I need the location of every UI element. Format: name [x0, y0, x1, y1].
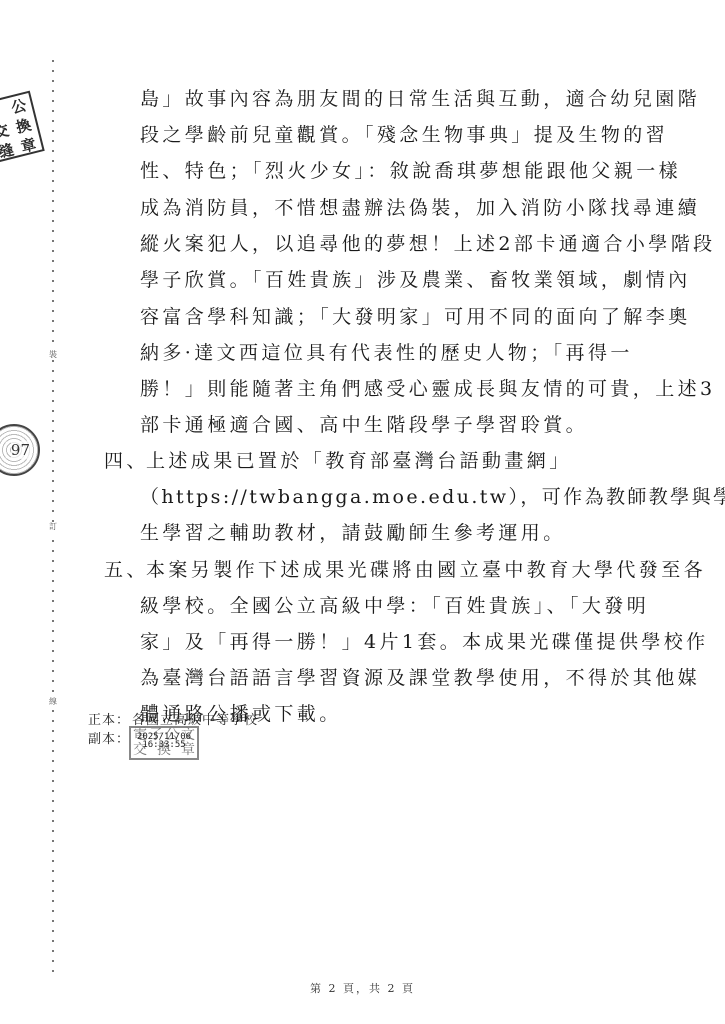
item-line-url: （https://twbangga.moe.edu.tw），可作為教師教學與學: [140, 482, 725, 509]
body-line: 學子欣賞。「百姓貴族」涉及農業、畜牧業領域，劇情內: [140, 265, 691, 292]
seal-char: 章: [15, 133, 42, 158]
item-line: 家」及「再得一勝！」4片1套。本成果光碟僅提供學校作: [140, 627, 709, 654]
item-line: 級學校。全國公立高級中學：「百姓貴族」、「大發明: [140, 591, 649, 618]
page-number-footer: 第 2 頁，共 2 頁: [0, 980, 725, 996]
copy-recipient-label: 副本：: [88, 728, 130, 747]
page-seal-number: 97: [11, 441, 30, 459]
body-line: 部卡通極適合國、高中生階段學子學習聆賞。: [140, 410, 588, 437]
exchange-seal-icon: · 公 交 換 缝 章: [0, 91, 45, 164]
body-line: 島」故事內容為朋友間的日常生活與互動，適合幼兒園階: [140, 84, 700, 111]
body-line: 段之學齡前兒童觀賞。「殘念生物事典」提及生物的習: [140, 120, 668, 147]
body-line: 縱火案犯人，以追尋他的夢想！上述2部卡通適合小學階段: [140, 229, 716, 256]
binding-label-zhuang: 裝: [47, 350, 59, 360]
item-marker: 五、: [104, 555, 149, 582]
item-line: 為臺灣台語語言學習資源及課堂教學使用，不得於其他媒: [140, 663, 700, 690]
binding-label-ding: 訂: [47, 522, 59, 532]
binding-dotted-line: [52, 56, 54, 976]
item-line: 本案另製作下述成果光碟將由國立臺中教育大學代發至各: [146, 555, 706, 582]
item-line: 上述成果已置於「教育部臺灣台語動畫網」: [146, 446, 572, 473]
body-line: 成為消防員，不惜想盡辦法偽裝，加入消防小隊找尋連續: [140, 193, 700, 220]
page-seal-icon: 97: [0, 424, 40, 476]
stamp-time: 16:33:55: [131, 741, 197, 750]
electronic-exchange-stamp: 電 子 公 文 交 換 章 2025/11/06 16:33:55: [129, 726, 199, 760]
original-recipient-label: 正本：: [88, 709, 130, 728]
binding-label-xian: 線: [47, 697, 59, 707]
body-line: 容富含學科知識；「大發明家」可用不同的面向了解李奧: [140, 302, 691, 329]
item-line: 生學習之輔助教材，請鼓勵師生參考運用。: [140, 518, 566, 545]
item-marker: 四、: [104, 446, 149, 473]
body-line: 勝！」則能隨著主角們感受心靈成長與友情的可貴，上述3: [140, 374, 716, 401]
body-line: 納多·達文西這位具有代表性的歷史人物；「再得一: [140, 338, 633, 365]
body-line: 性、特色；「烈火少女」：敘說喬琪夢想能跟他父親一樣: [140, 156, 681, 183]
